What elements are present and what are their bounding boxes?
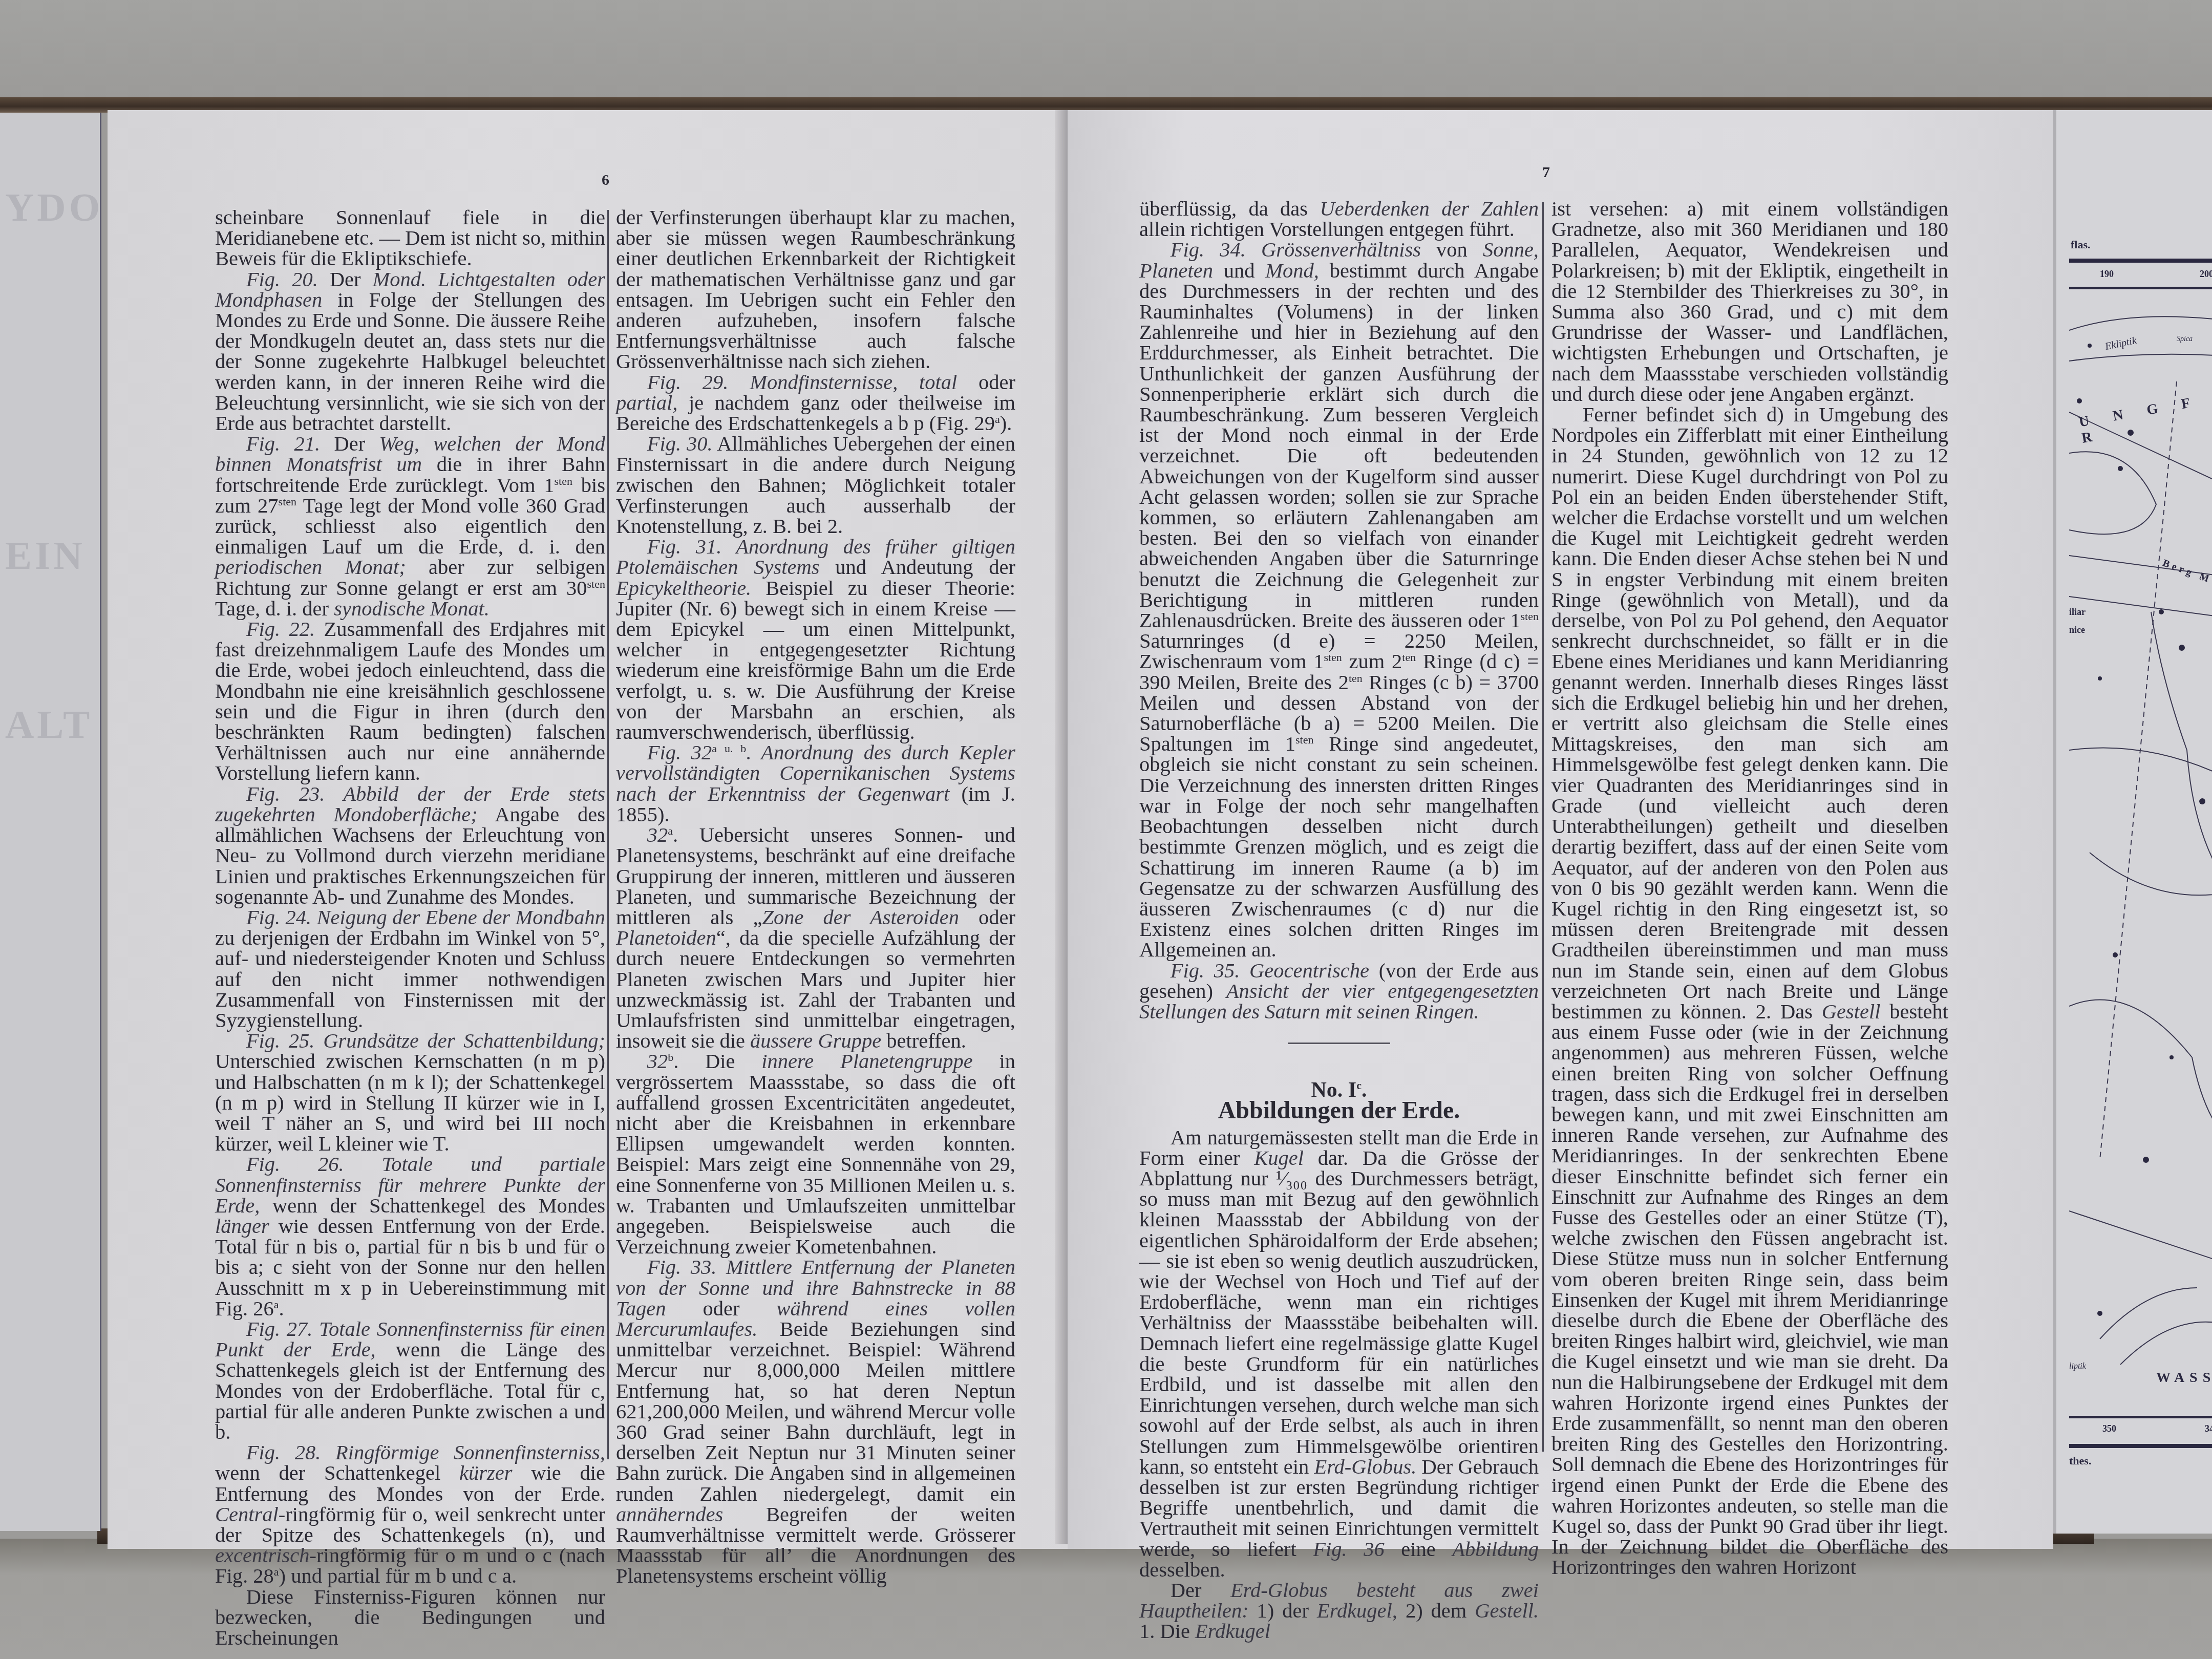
paragraph: Fig. 24. Neigung der Ebene der Mondbahn … [215,907,605,1031]
ghost-text: YDO [5,184,103,230]
column-rule-right-page [1542,202,1544,1452]
star-map-frame: 190 200 Ekliptik Spica U [2069,166,2212,1452]
map-label-fragment: nice [2069,625,2085,635]
paragraph: überflüssig, da das Ueberdenken der Zahl… [1139,199,1539,240]
paragraph: 32a. Uebersicht unseres Sonnen- und Plan… [616,825,1015,1051]
paragraph: Fig. 35. Geocentrische (von der Erde aus… [1139,961,1539,1023]
map-border-line [2069,1416,2212,1418]
paragraph: Fig. 30. Allmähliches Uebergehen der ein… [616,434,1015,537]
paragraph: Fig. 25. Grundsätze der Schattenbildung;… [215,1031,605,1154]
map-border-line [2069,259,2212,263]
map-scale-tick: 200 [2200,269,2212,280]
page-number-right: 7 [1542,164,1550,181]
map-label-spica: Spica [2177,335,2193,344]
paragraph: Fig. 26. Totale und partiale Sonnenfinst… [215,1154,605,1319]
map-label-fragment: iliar [2069,607,2086,618]
text-column-2: der Verfinsterungen überhaupt klar zu ma… [616,207,1015,1587]
paragraph: Der Erd-Globus besteht aus zwei Haupthei… [1139,1580,1539,1642]
paragraph: Fig. 21. Der Weg, welchen der Mond binne… [215,434,605,619]
paragraph: Ferner befindet sich d) in Umgebung des … [1551,405,1948,1578]
paragraph: Fig. 32a u. b. Anordnung des durch Keple… [616,742,1015,825]
paragraph: ist versehen: a) mit einem vollständigen… [1551,199,1948,405]
section-heading: No. Ic. Abbildungen der Erde. [1139,1043,1539,1121]
paragraph: Fig. 23. Abbild der der Erde stets zugek… [215,784,605,907]
ghost-text: EIN [5,533,86,579]
page-number-left: 6 [602,172,609,189]
paragraph: Fig. 20. Der Mond. Lichtgestalten oder M… [215,269,605,434]
section-title: Abbildungen der Erde. [1139,1100,1539,1121]
paragraph: Fig. 29. Mondfinsternisse, total oder pa… [616,372,1015,434]
left-endpaper-leaf: YDO EIN ALT [0,113,101,1531]
column-3-lower: Am naturgemässesten stellt man die Erde … [1139,1128,1539,1642]
paragraph: Fig. 22. Zusammenfall des Erdjahres mit … [215,619,605,784]
paragraph: Fig. 31. Anordnung des früher giltigen P… [616,537,1015,742]
map-border-line [2069,1444,2212,1448]
paragraph: 32b. Die innere Planetengruppe in vergrö… [616,1051,1015,1257]
map-scale-tick: 340 [2205,1423,2212,1434]
paragraph: Diese Finsterniss-Figuren können nur bez… [215,1587,605,1649]
text-column-1: scheinbare Sonnenlauf fiele in die Merid… [215,207,605,1648]
text-column-3: überflüssig, da das Ueberdenken der Zahl… [1139,199,1539,1642]
paragraph: scheinbare Sonnenlauf fiele in die Merid… [215,207,605,269]
constellation-drawing [2069,289,2212,1441]
star-map-plate-fragment: flas. 190 200 Eklipt [2053,110,2212,1534]
paragraph: der Verfinsterungen überhaupt klar zu ma… [616,207,1015,372]
column-3-upper: überflüssig, da das Ueberdenken der Zahl… [1139,199,1539,1022]
paragraph: Fig. 27. Totale Sonnenfinsterniss für ei… [215,1319,605,1442]
text-column-4: ist versehen: a) mit einem vollständigen… [1551,199,1948,1578]
paragraph: Fig. 28. Ringförmige Sonnenfinsterniss, … [215,1442,605,1586]
ghost-text: ALT [5,701,93,748]
paragraph: Fig. 34. Grössenverhältniss von Sonne, P… [1139,240,1539,960]
map-scale-tick: 190 [2100,269,2114,280]
paragraph: Am naturgemässesten stellt man die Erde … [1139,1128,1539,1580]
map-label-wassermann: WASS [2156,1370,2212,1386]
map-bottom-caption: thes. [2069,1454,2091,1467]
map-label-ekliptik-lower: liptik [2069,1362,2086,1371]
paragraph: Fig. 33. Mittlere Entfernung der Planete… [616,1257,1015,1586]
section-divider [1288,1043,1390,1044]
backdrop-top [0,0,2212,105]
column-rule-left-page [607,210,609,1459]
map-scale-tick: 350 [2102,1423,2116,1434]
